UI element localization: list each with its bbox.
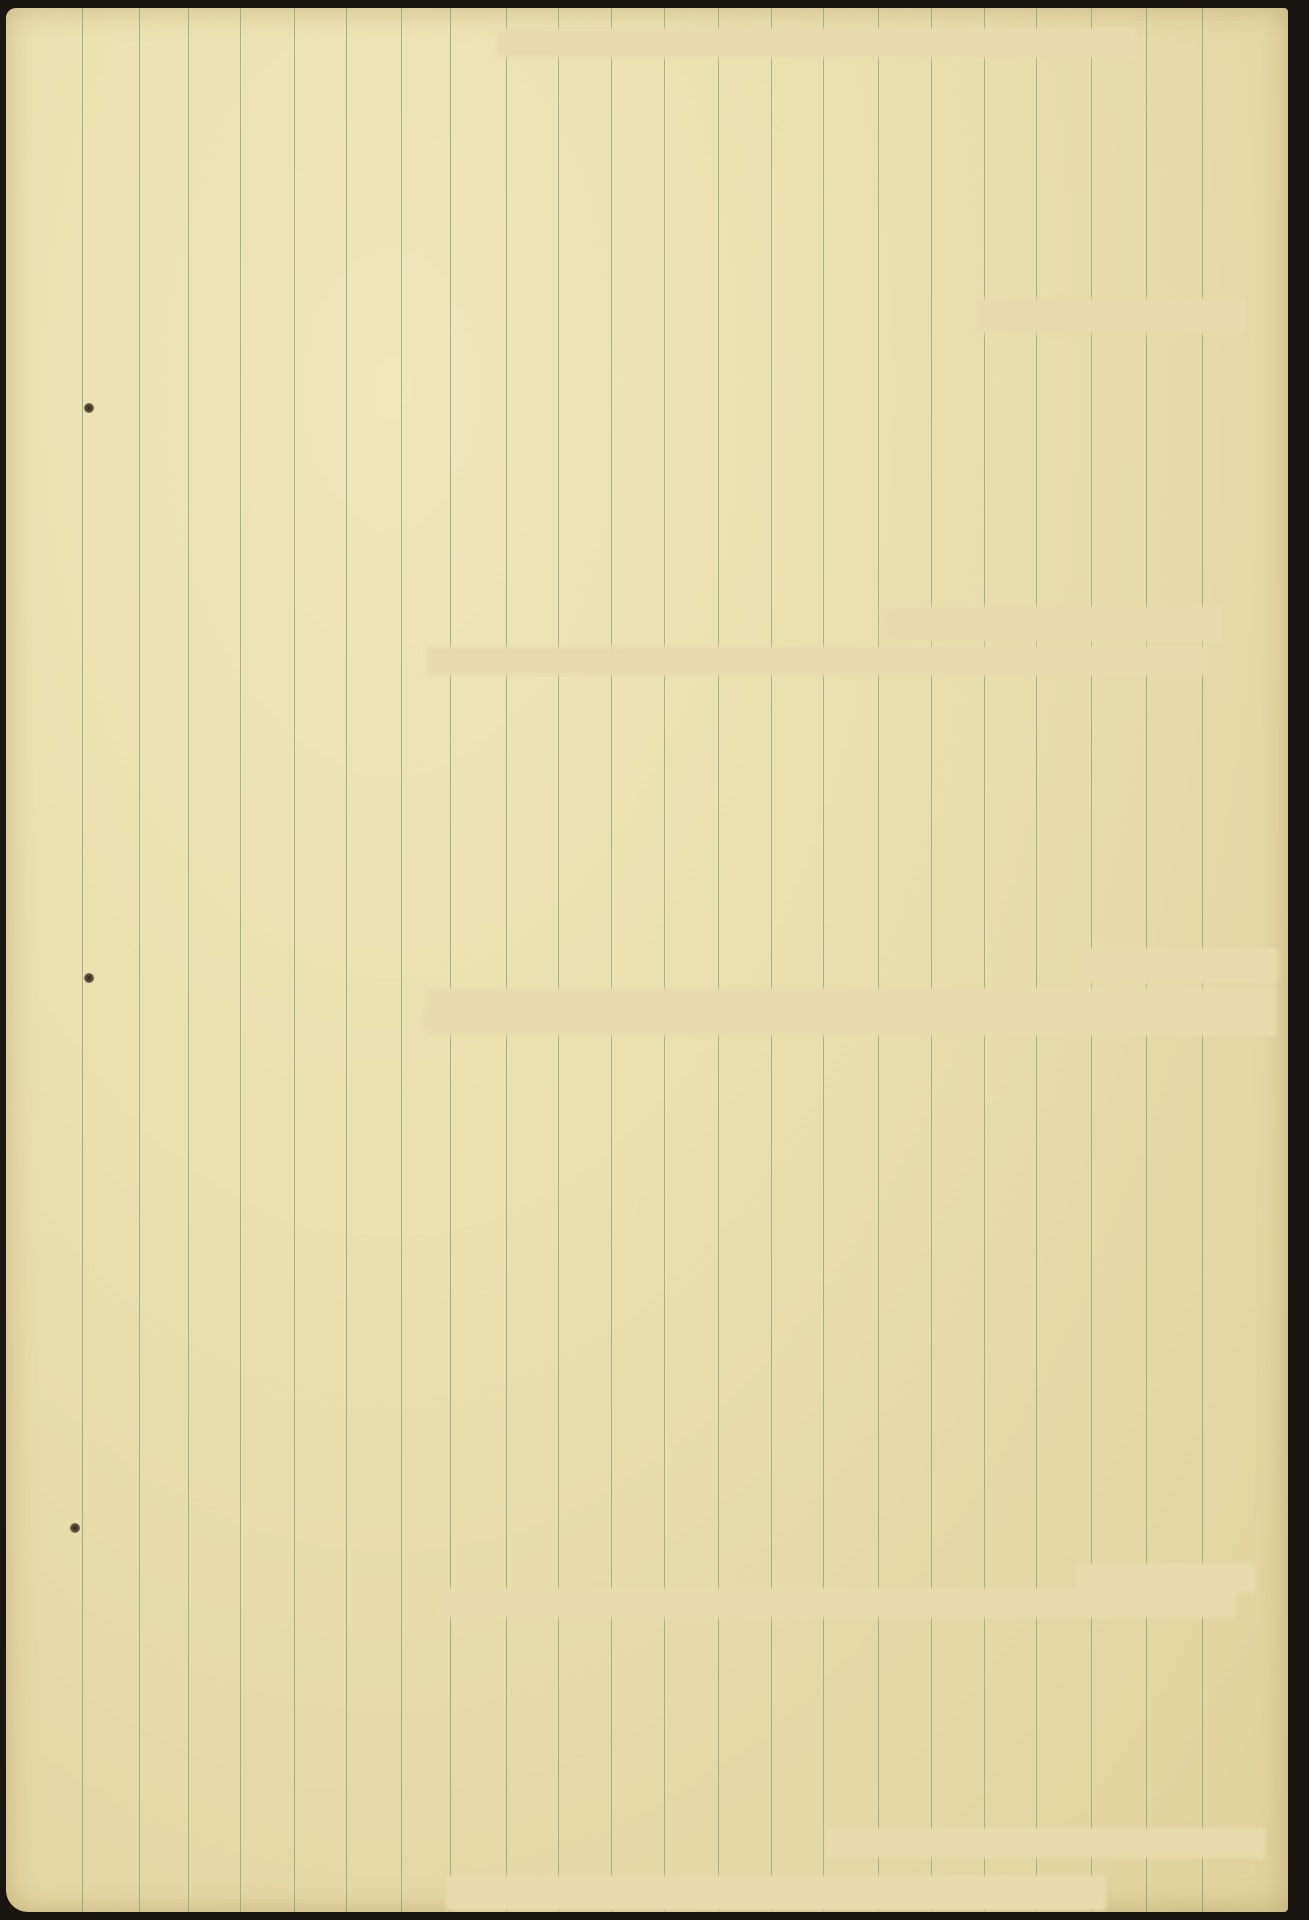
redacted-block — [426, 646, 1206, 676]
rule-line — [664, 8, 665, 1912]
rule-line — [823, 8, 824, 1912]
rule-line — [139, 8, 140, 1912]
redacted-block — [881, 606, 1221, 642]
rule-line — [294, 8, 295, 1912]
rule-line — [558, 8, 559, 1912]
redacted-block — [436, 1588, 1236, 1618]
rule-line — [718, 8, 719, 1912]
rule-line — [611, 8, 612, 1912]
punch-hole — [70, 1523, 80, 1533]
rule-line — [450, 8, 451, 1912]
rule-line — [1036, 8, 1037, 1912]
redacted-block — [826, 1828, 1266, 1858]
redacted-block — [976, 298, 1246, 334]
rule-line — [771, 8, 772, 1912]
rule-line — [931, 8, 932, 1912]
rule-line — [401, 8, 402, 1912]
redacted-block — [496, 28, 1136, 58]
rule-line — [346, 8, 347, 1912]
punch-hole — [84, 973, 94, 983]
rule-line — [878, 8, 879, 1912]
rule-line — [82, 8, 83, 1912]
redacted-block — [446, 1875, 1106, 1911]
redacted-block — [1078, 948, 1278, 984]
rule-line — [188, 8, 189, 1912]
punch-hole — [84, 403, 94, 413]
document-sheet — [6, 8, 1288, 1912]
rule-line — [240, 8, 241, 1912]
redacted-block — [421, 1008, 931, 1030]
rule-line — [506, 8, 507, 1912]
rule-line — [984, 8, 985, 1912]
